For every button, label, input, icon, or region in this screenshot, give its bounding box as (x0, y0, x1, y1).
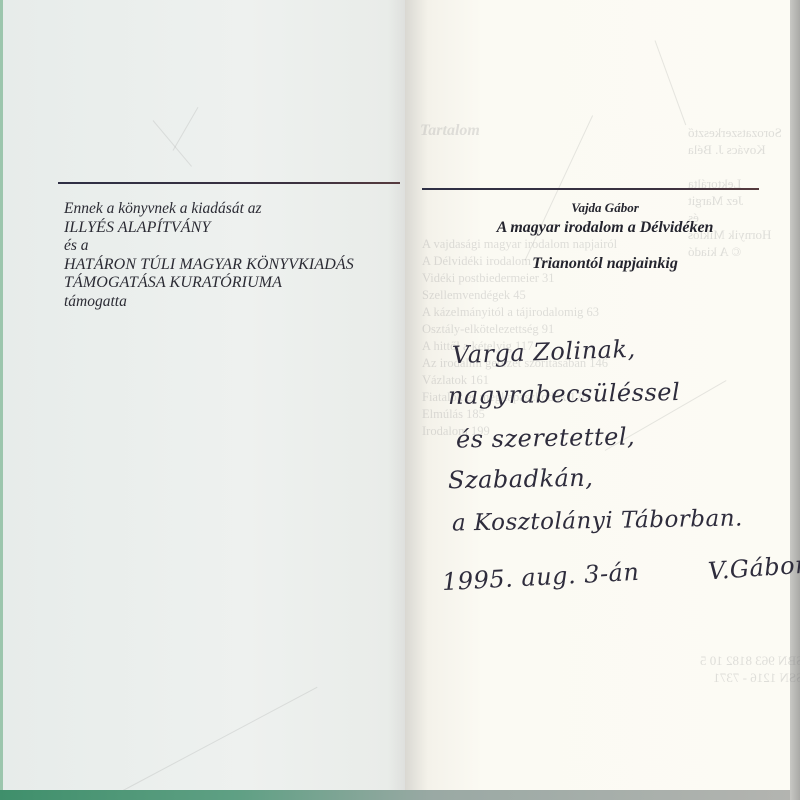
book-subtitle: Trianontól napjainkig (420, 255, 790, 273)
show-through-isbn: ISBN 963 8182 10 5 ISSN 1216 - 7371 (700, 652, 800, 686)
author-name: Vajda Gábor (420, 200, 790, 216)
funding-note-line: és a (64, 237, 404, 256)
board-name-line1: HATÁRON TÚLI MAGYAR KÖNYVKIADÁS (64, 256, 404, 275)
dedication-line: nagyrabecsüléssel (448, 378, 681, 410)
dedication-line: Szabadkán, (448, 464, 594, 495)
paper-fiber (123, 687, 318, 791)
issn-line: ISSN 1216 - 7371 (700, 669, 800, 686)
left-page (0, 0, 408, 790)
paper-fiber (655, 40, 687, 125)
divider-rule (422, 188, 759, 190)
open-book-spread: Tartalom A vajdasági magyar irodalom nap… (0, 0, 800, 800)
foundation-name: ILLYÉS ALAPÍTVÁNY (64, 219, 404, 238)
credit-line: Kovács J. Béla (688, 141, 782, 158)
funding-note-line: Ennek a könyvnek a kiadását az (64, 200, 404, 219)
toc-line: A kázelmányitól a tájirodalomig 63 (422, 304, 617, 321)
credit-line (688, 158, 782, 175)
book-title: A magyar irodalom a Délvidéken (420, 219, 790, 237)
show-through-heading: Tartalom (420, 122, 480, 139)
isbn-line: ISBN 963 8182 10 5 (700, 652, 800, 669)
dedication-line: és szeretettel, (456, 422, 636, 453)
title-block: Vajda Gábor A magyar irodalom a Délvidék… (410, 200, 790, 273)
board-name-line2: TÁMOGATÁSA KURATÓRIUMA (64, 274, 404, 293)
funding-note: Ennek a könyvnek a kiadását az ILLYÉS AL… (64, 200, 404, 311)
paper-fiber (173, 107, 199, 151)
divider-rule (58, 182, 400, 184)
credit-line: Sorozatszerkesztő (688, 124, 782, 141)
funding-note-line: támogatta (64, 293, 404, 312)
book-cover-edge (0, 790, 790, 800)
toc-line: Szellemvendégek 45 (422, 287, 617, 304)
dedication-line: a Kosztolányi Táborban. (452, 505, 743, 536)
